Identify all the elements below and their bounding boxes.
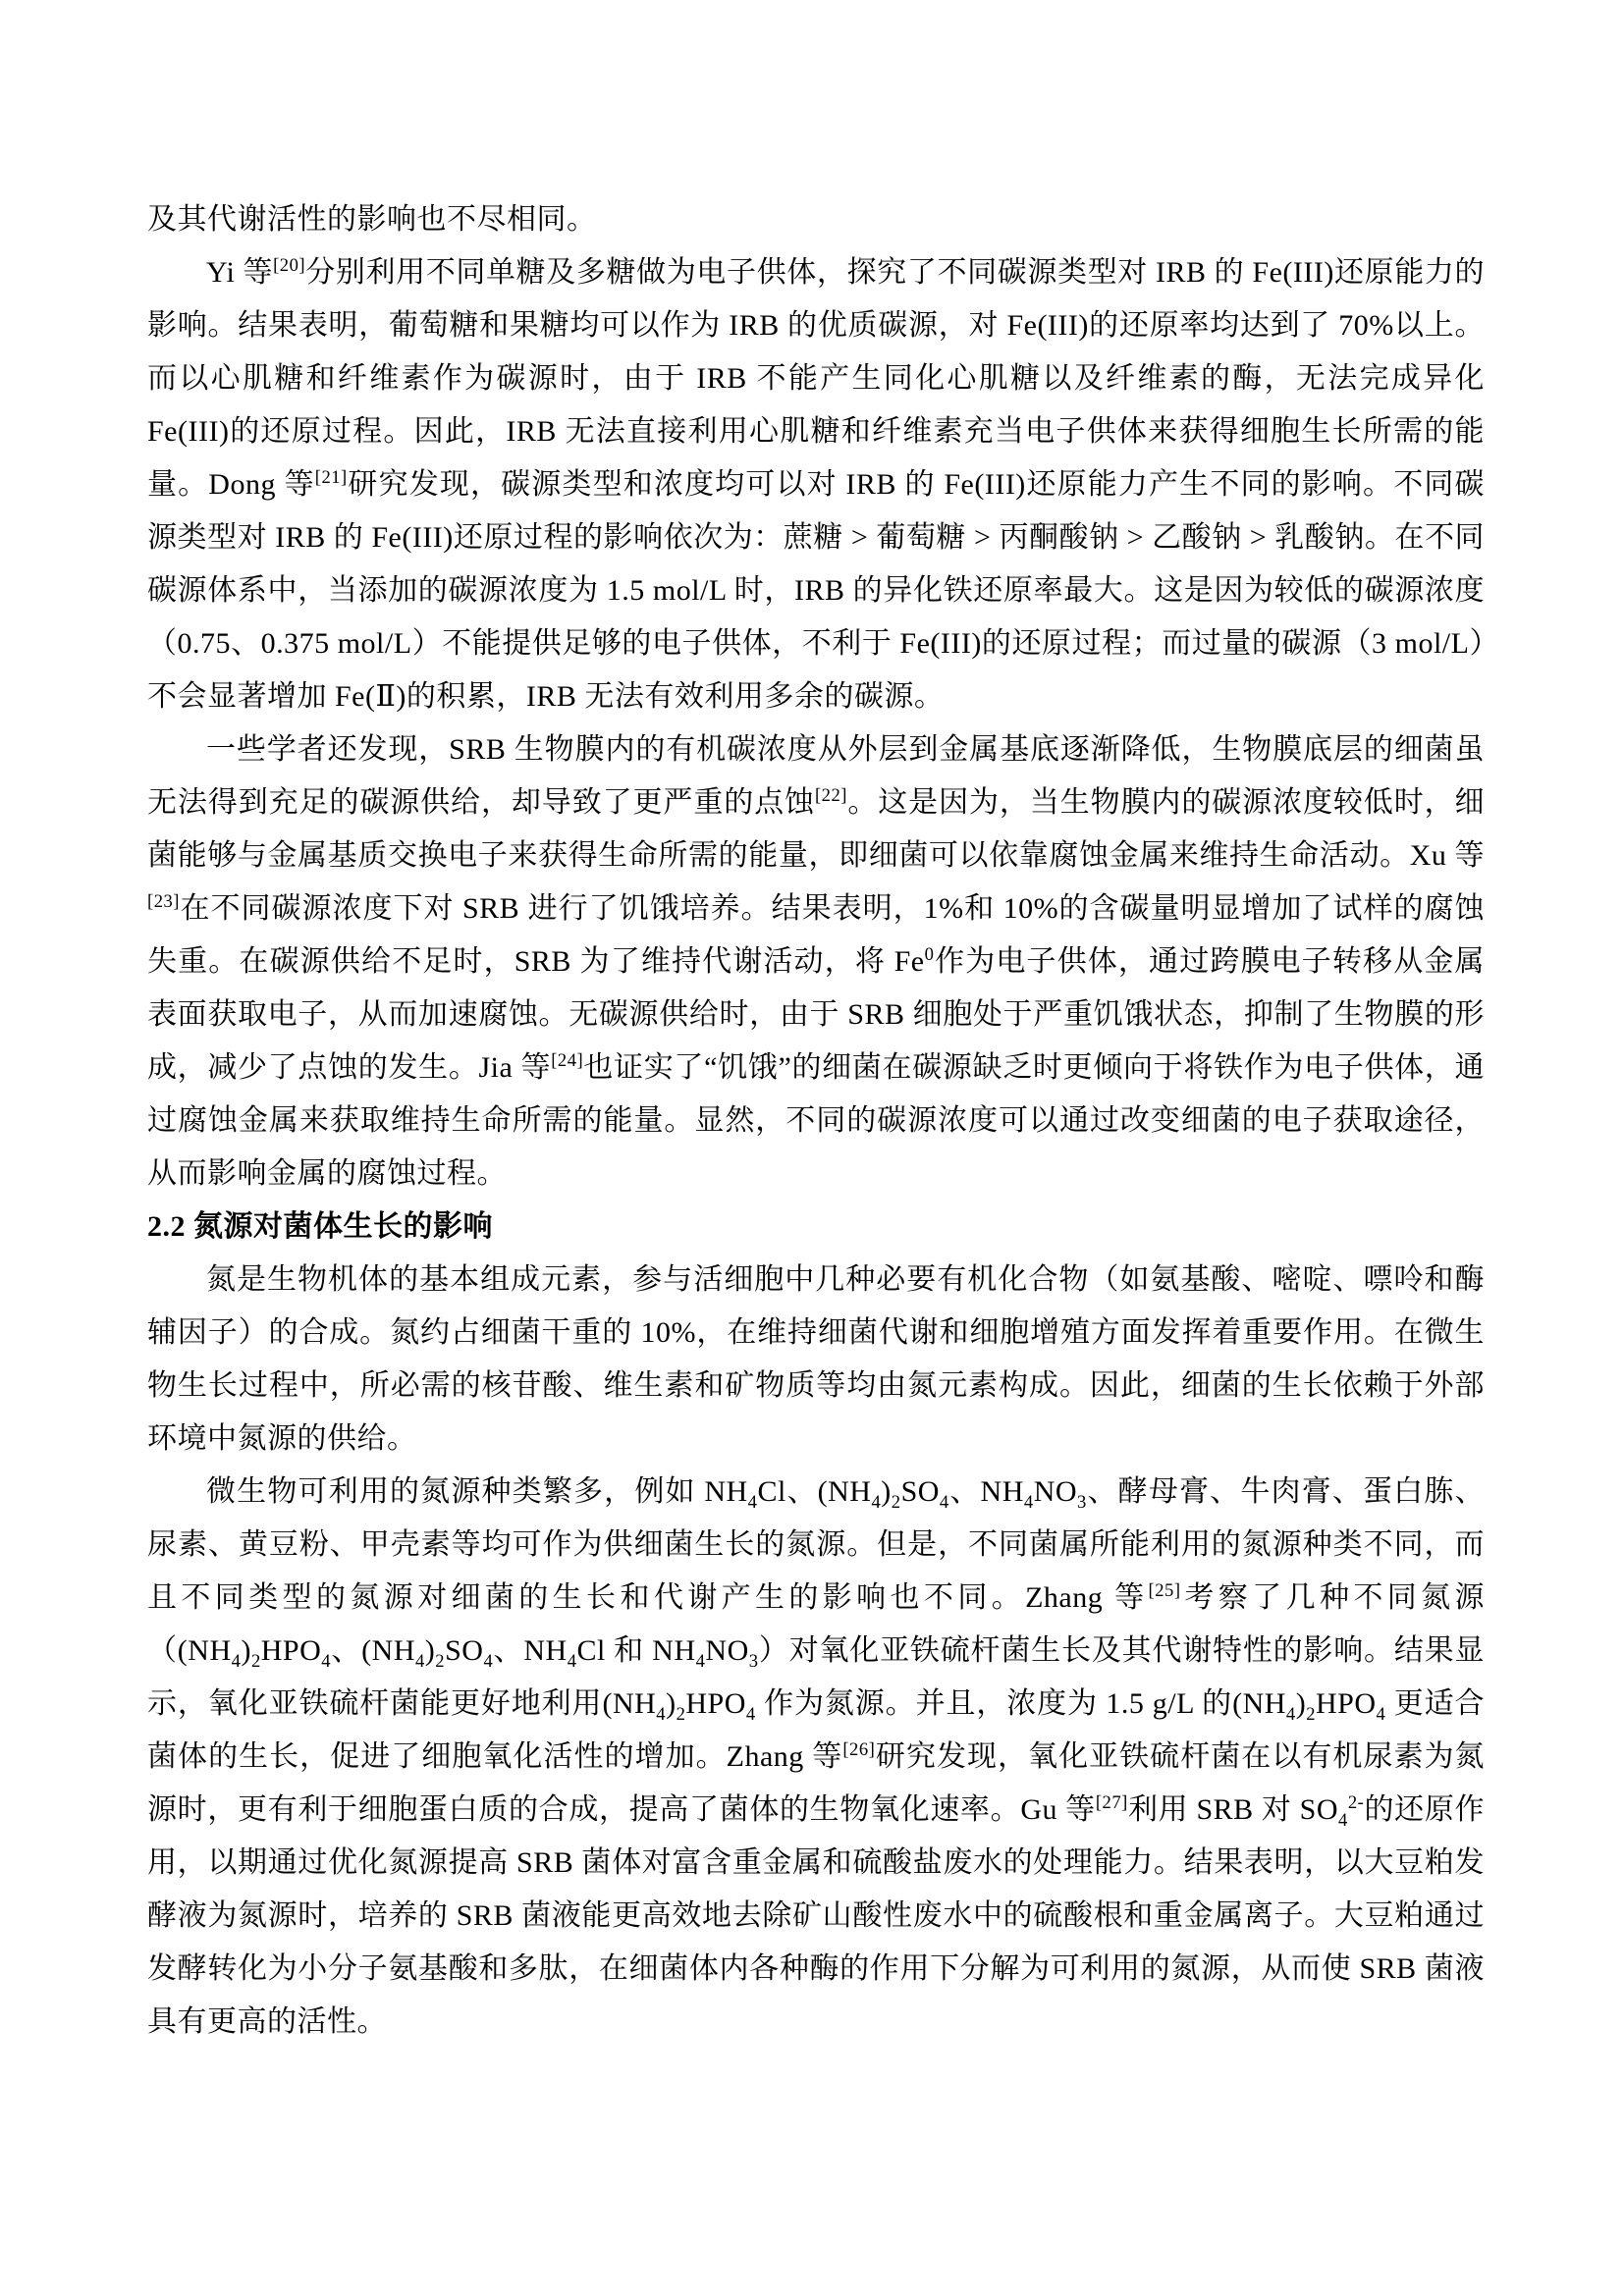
superscript-text: 0	[925, 944, 935, 965]
superscript-text: [26]	[842, 1739, 875, 1760]
text-run: Yi 等	[206, 256, 273, 289]
document-page: 及其代谢活性的影响也不尽相同。 Yi 等[20]分别利用不同单糖及多糖做为电子供…	[0, 0, 1624, 2296]
subscript-text: 4	[1377, 1704, 1386, 1725]
text-run: )	[425, 1634, 436, 1667]
superscript-text: 2-	[1348, 1792, 1365, 1813]
superscript-text: [23]	[147, 891, 180, 912]
text-run: HPO	[685, 1687, 746, 1720]
paragraph-section-2-1-carryover: 及其代谢活性的影响也不尽相同。	[147, 193, 1485, 246]
superscript-text: [21]	[315, 467, 348, 488]
subscript-text: 2	[677, 1704, 686, 1725]
text-run: 研究发现，碳源类型和浓度均可以对 IRB 的 Fe(III)还原能力产生不同的影…	[147, 468, 1485, 713]
text-run: HPO	[261, 1634, 322, 1667]
subscript-text: 2	[892, 1492, 901, 1513]
subscript-text: 4	[940, 1492, 949, 1513]
subscript-text: 4	[321, 1651, 331, 1672]
text-run: )	[1296, 1687, 1307, 1720]
superscript-text: [25]	[1149, 1580, 1181, 1601]
subscript-text: 2	[1306, 1704, 1316, 1725]
text-run: 、NH	[949, 1475, 1024, 1508]
subscript-text: 4	[696, 1651, 706, 1672]
subscript-text: 4	[1024, 1492, 1034, 1513]
paragraph-nitrogen-element-intro: 氮是生物机体的基本组成元素，参与活细胞中几种必要有机化合物（如氨基酸、嘧啶、嘌呤…	[147, 1254, 1485, 1466]
superscript-text: [24]	[551, 1050, 583, 1071]
text-run: 及其代谢活性的影响也不尽相同。	[147, 203, 597, 236]
subscript-text: 4	[568, 1651, 577, 1672]
paragraph-carbon-source-irb-reduction: Yi 等[20]分别利用不同单糖及多糖做为电子供体，探究了不同碳源类型对 IRB…	[147, 246, 1485, 723]
text-run: 微生物可利用的氮源种类繁多，例如 NH	[206, 1475, 748, 1508]
text-run: SO	[901, 1475, 940, 1508]
subscript-text: 4	[746, 1704, 756, 1725]
paragraph-carbon-source-srb-biofilm: 一些学者还发现，SRB 生物膜内的有机碳浓度从外层到金属基底逐渐降低，生物膜底层…	[147, 723, 1485, 1201]
subscript-text: 2	[251, 1651, 261, 1672]
section-heading-2-2: 2.2 氮源对菌体生长的影响	[147, 1201, 1485, 1254]
subscript-text: 4	[415, 1651, 425, 1672]
text-run: 利用 SRB 对 SO	[1128, 1793, 1338, 1826]
subscript-text: 2	[435, 1651, 445, 1672]
text-run: 分别利用不同单糖及多糖做为电子供体，探究了不同碳源类型对 IRB 的 Fe(II…	[147, 256, 1485, 501]
text-run: 氮是生物机体的基本组成元素，参与活细胞中几种必要有机化合物（如氨基酸、嘧啶、嘌呤…	[147, 1263, 1485, 1455]
text-run: 、NH	[493, 1634, 567, 1667]
subscript-text: 4	[1286, 1704, 1296, 1725]
text-run: HPO	[1316, 1687, 1377, 1720]
text-run: )	[241, 1634, 251, 1667]
text-run: NO	[705, 1634, 748, 1667]
text-run: 作为氮源。并且，浓度为 1.5 g/L 的(NH	[756, 1687, 1286, 1720]
superscript-text: [20]	[273, 255, 305, 276]
subscript-text: 4	[748, 1492, 758, 1513]
subscript-text: 3	[1077, 1492, 1087, 1513]
subscript-text: 3	[749, 1651, 759, 1672]
text-run: NO	[1034, 1475, 1077, 1508]
superscript-text: [22]	[815, 785, 847, 806]
subscript-text: 4	[232, 1651, 242, 1672]
text-run: 的还原作用，以期通过优化氮源提高 SRB 菌体对富含重金属和硫酸盐废水的处理能力…	[147, 1793, 1485, 2038]
text-run: )	[666, 1687, 677, 1720]
text-run: Cl、(NH	[757, 1475, 871, 1508]
subscript-text: 4	[871, 1492, 881, 1513]
text-run: 、(NH	[331, 1634, 415, 1667]
text-run: Cl 和 NH	[577, 1634, 696, 1667]
subscript-text: 4	[1338, 1810, 1348, 1831]
superscript-text: [27]	[1096, 1792, 1128, 1813]
text-run: SO	[445, 1634, 483, 1667]
paragraph-nitrogen-source-types: 微生物可利用的氮源种类繁多，例如 NH4Cl、(NH4)2SO4、NH4NO3、…	[147, 1466, 1485, 2049]
subscript-text: 4	[656, 1704, 666, 1725]
subscript-text: 4	[483, 1651, 493, 1672]
text-run: )	[881, 1475, 892, 1508]
